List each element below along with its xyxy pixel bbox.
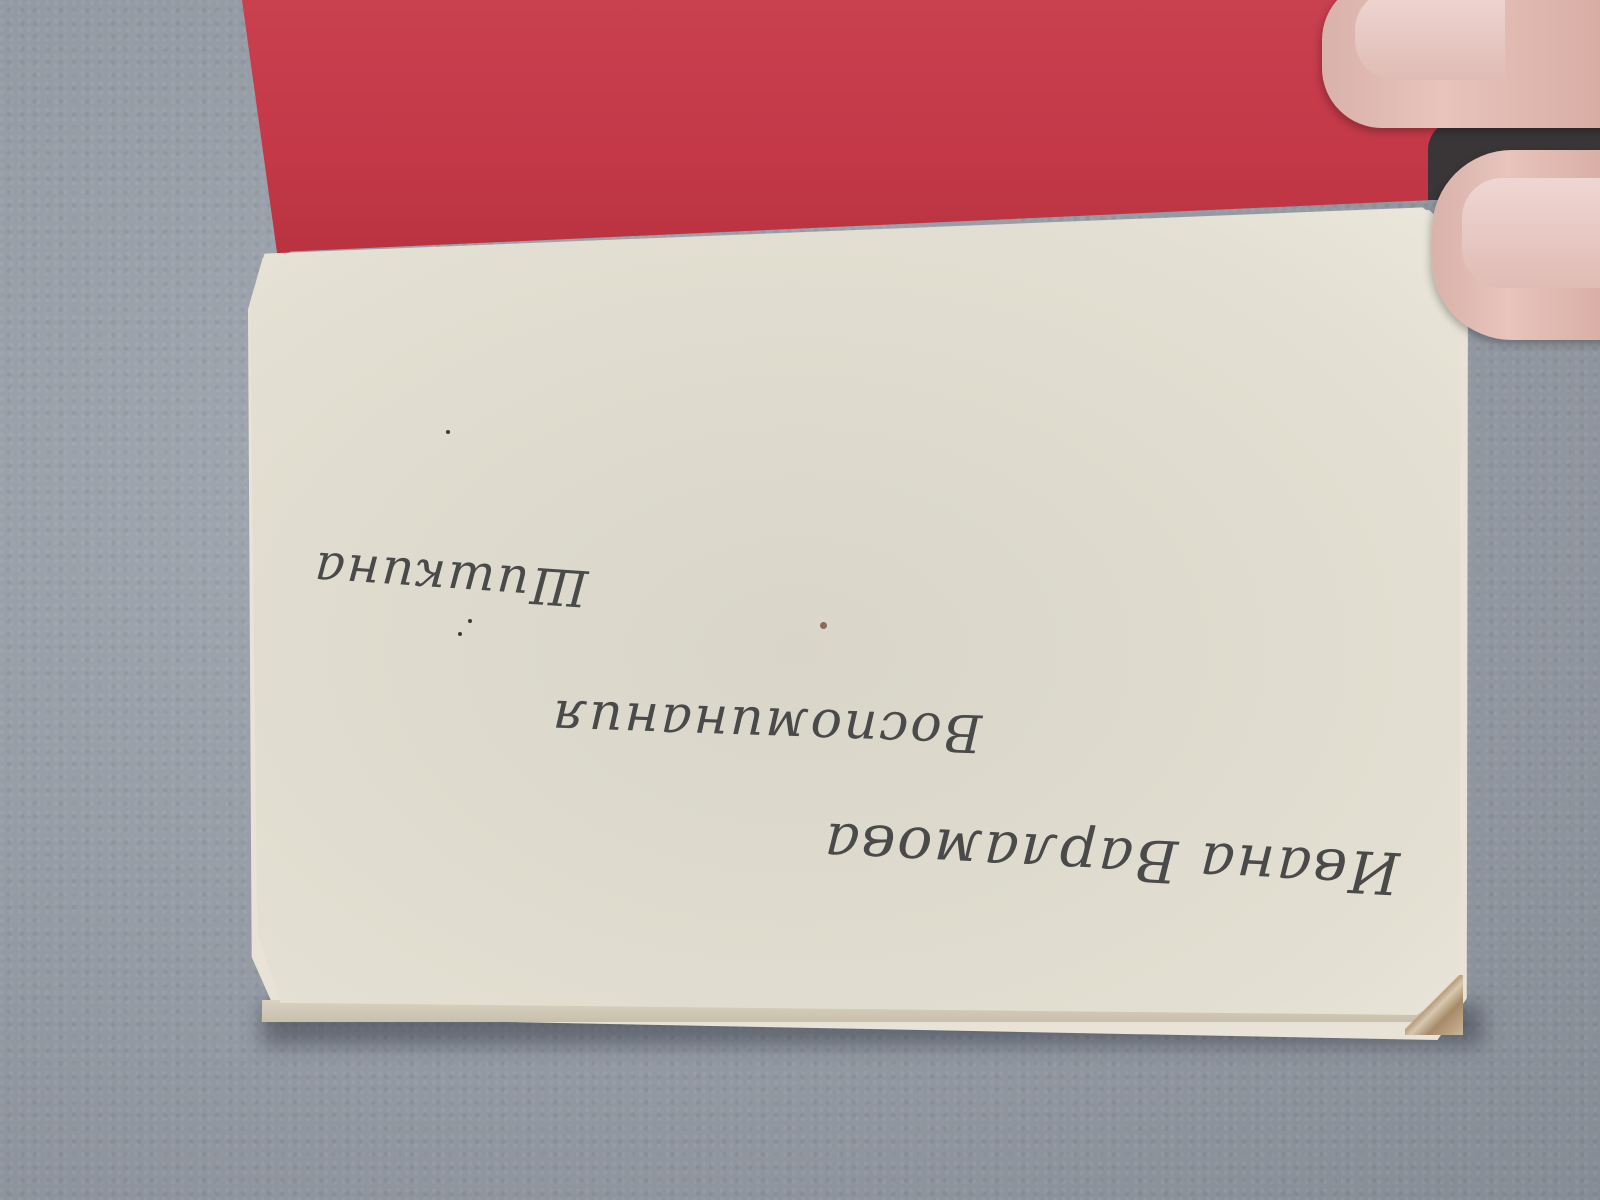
thumbnail (1462, 178, 1600, 288)
pencil-mark (468, 619, 472, 623)
worn-corner (1405, 975, 1463, 1035)
fingernail-top (1355, 0, 1505, 80)
pencil-mark (446, 430, 450, 434)
pencil-mark (458, 632, 462, 636)
paper-stain (820, 622, 827, 629)
